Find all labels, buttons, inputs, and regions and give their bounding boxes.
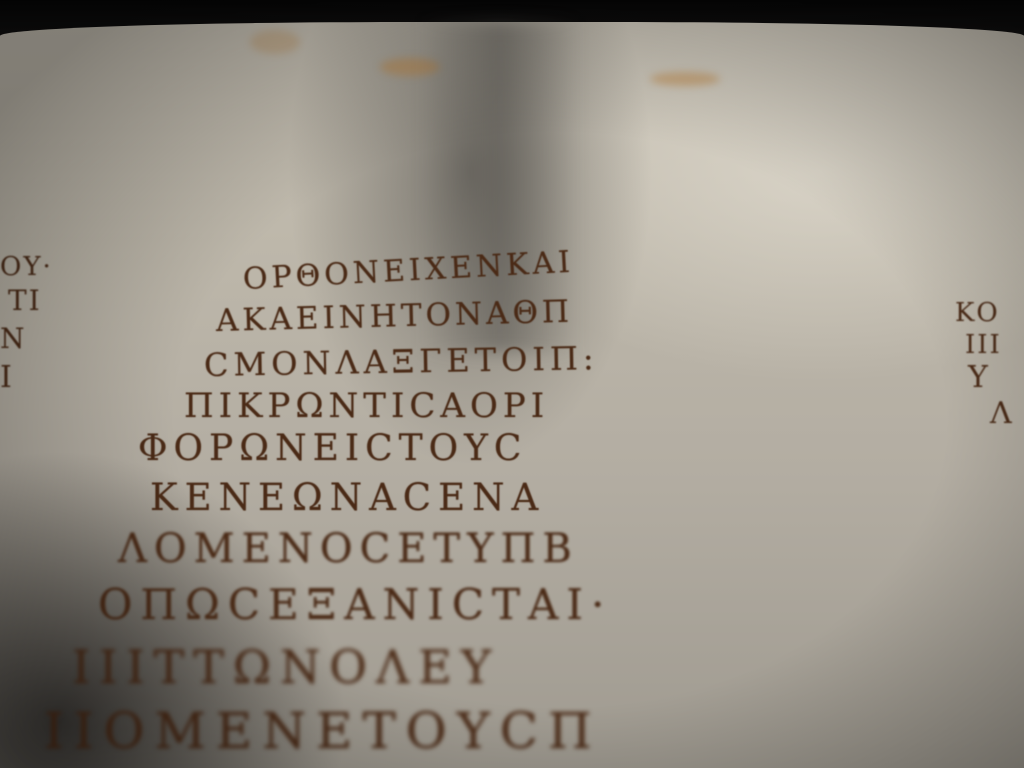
right-text-column: ΚΟ ΙΙΙ Υ Λ — [0, 0, 1024, 768]
manuscript-line: Υ — [968, 360, 990, 395]
manuscript-line: ΚΟ — [955, 298, 1000, 328]
manuscript-line: ΙΙΙ — [965, 330, 1002, 360]
manuscript-line: Λ — [990, 396, 1014, 431]
